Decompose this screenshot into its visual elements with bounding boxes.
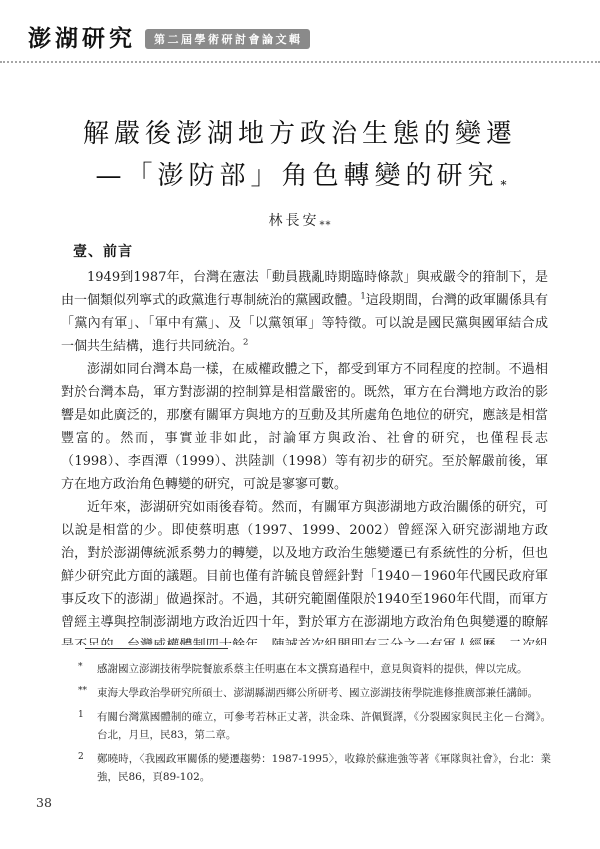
footnote-area: *感謝國立澎湖技術學院餐旅系蔡主任明惠在本文撰寫過程中，意見與資料的提供，俾以完… [61, 648, 551, 792]
article-title-line2: —「澎防部」角色轉變的研究* [0, 155, 600, 201]
paragraph: 澎湖如同台灣本島一樣，在威權政體之下，都受到軍方不同程度的控制。不過相對於台灣本… [61, 358, 548, 496]
title-footnote-marker: * [501, 178, 507, 192]
title-block: 解嚴後澎湖地方政治生態的變遷 —「澎防部」角色轉變的研究* 林長安** [0, 113, 600, 230]
footnote-marker: 2 [78, 748, 84, 766]
author-footnote-marker: ** [320, 220, 332, 231]
footnote-marker: * [78, 658, 83, 676]
footnote-text: 有關台灣黨國體制的確立，可參考若林正丈著，洪金珠、許佩賢譯，《分裂國家與民主化－… [97, 711, 551, 741]
author-line: 林長安** [0, 210, 600, 230]
footnote-text: 鄭曉時，〈我國政軍關係的變遷趨勢：1987-1995〉，收錄於蘇進強等著《軍隊與… [97, 753, 551, 783]
header-divider [0, 61, 600, 63]
footnote-item: 2鄭曉時，〈我國政軍關係的變遷趨勢：1987-1995〉，收錄於蘇進強等著《軍隊… [61, 750, 551, 786]
footnote-marker: ** [78, 682, 87, 700]
footnote-item: **東海大學政治學研究所碩士、澎湖縣湖西鄉公所研考、國立澎湖技術學院進修推廣部兼… [61, 684, 551, 702]
article-title-line1: 解嚴後澎湖地方政治生態的變遷 [0, 113, 600, 155]
footnote-item: *感謝國立澎湖技術學院餐旅系蔡主任明惠在本文撰寫過程中，意見與資料的提供，俾以完… [61, 660, 551, 678]
footnote-text: 感謝國立澎湖技術學院餐旅系蔡主任明惠在本文撰寫過程中，意見與資料的提供，俾以完成… [97, 663, 528, 675]
journal-title: 澎湖研究 [28, 27, 136, 50]
article-subtitle: —「澎防部」角色轉變的研究 [95, 161, 498, 191]
author-name: 林長安 [269, 213, 320, 229]
section-heading: 壹、前言 [73, 241, 548, 261]
page-header: 澎湖研究 第二屆學術研討會論文輯 [28, 27, 310, 50]
footnote-text: 東海大學政治學研究所碩士、澎湖縣湖西鄉公所研考、國立澎湖技術學院進修推廣部兼任講… [97, 687, 538, 699]
footnote-reference: 2 [243, 338, 248, 348]
footnote-separator [85, 648, 228, 649]
page-number: 38 [36, 795, 52, 810]
paragraph: 近年來，澎湖研究如雨後春筍。然而，有關軍方與澎湖地方政治關係的研究，可以說是相當… [61, 496, 548, 645]
article-body: 壹、前言 1949到1987年，台灣在憲法「動員戡亂時期臨時條款」與戒嚴令的箝制… [61, 241, 548, 645]
footnote-reference: 1 [360, 292, 365, 302]
paragraph: 1949到1987年，台灣在憲法「動員戡亂時期臨時條款」與戒嚴令的箝制下，是由一… [61, 266, 548, 358]
footnote-list: *感謝國立澎湖技術學院餐旅系蔡主任明惠在本文撰寫過程中，意見與資料的提供，俾以完… [61, 660, 551, 786]
footnote-marker: 1 [78, 706, 84, 724]
conference-badge: 第二屆學術研討會論文輯 [145, 29, 310, 49]
footnote-item: 1有關台灣黨國體制的確立，可參考若林正丈著，洪金珠、許佩賢譯，《分裂國家與民主化… [61, 708, 551, 744]
document-page: 澎湖研究 第二屆學術研討會論文輯 解嚴後澎湖地方政治生態的變遷 —「澎防部」角色… [0, 0, 600, 849]
body-paragraphs: 1949到1987年，台灣在憲法「動員戡亂時期臨時條款」與戒嚴令的箝制下，是由一… [61, 266, 548, 645]
